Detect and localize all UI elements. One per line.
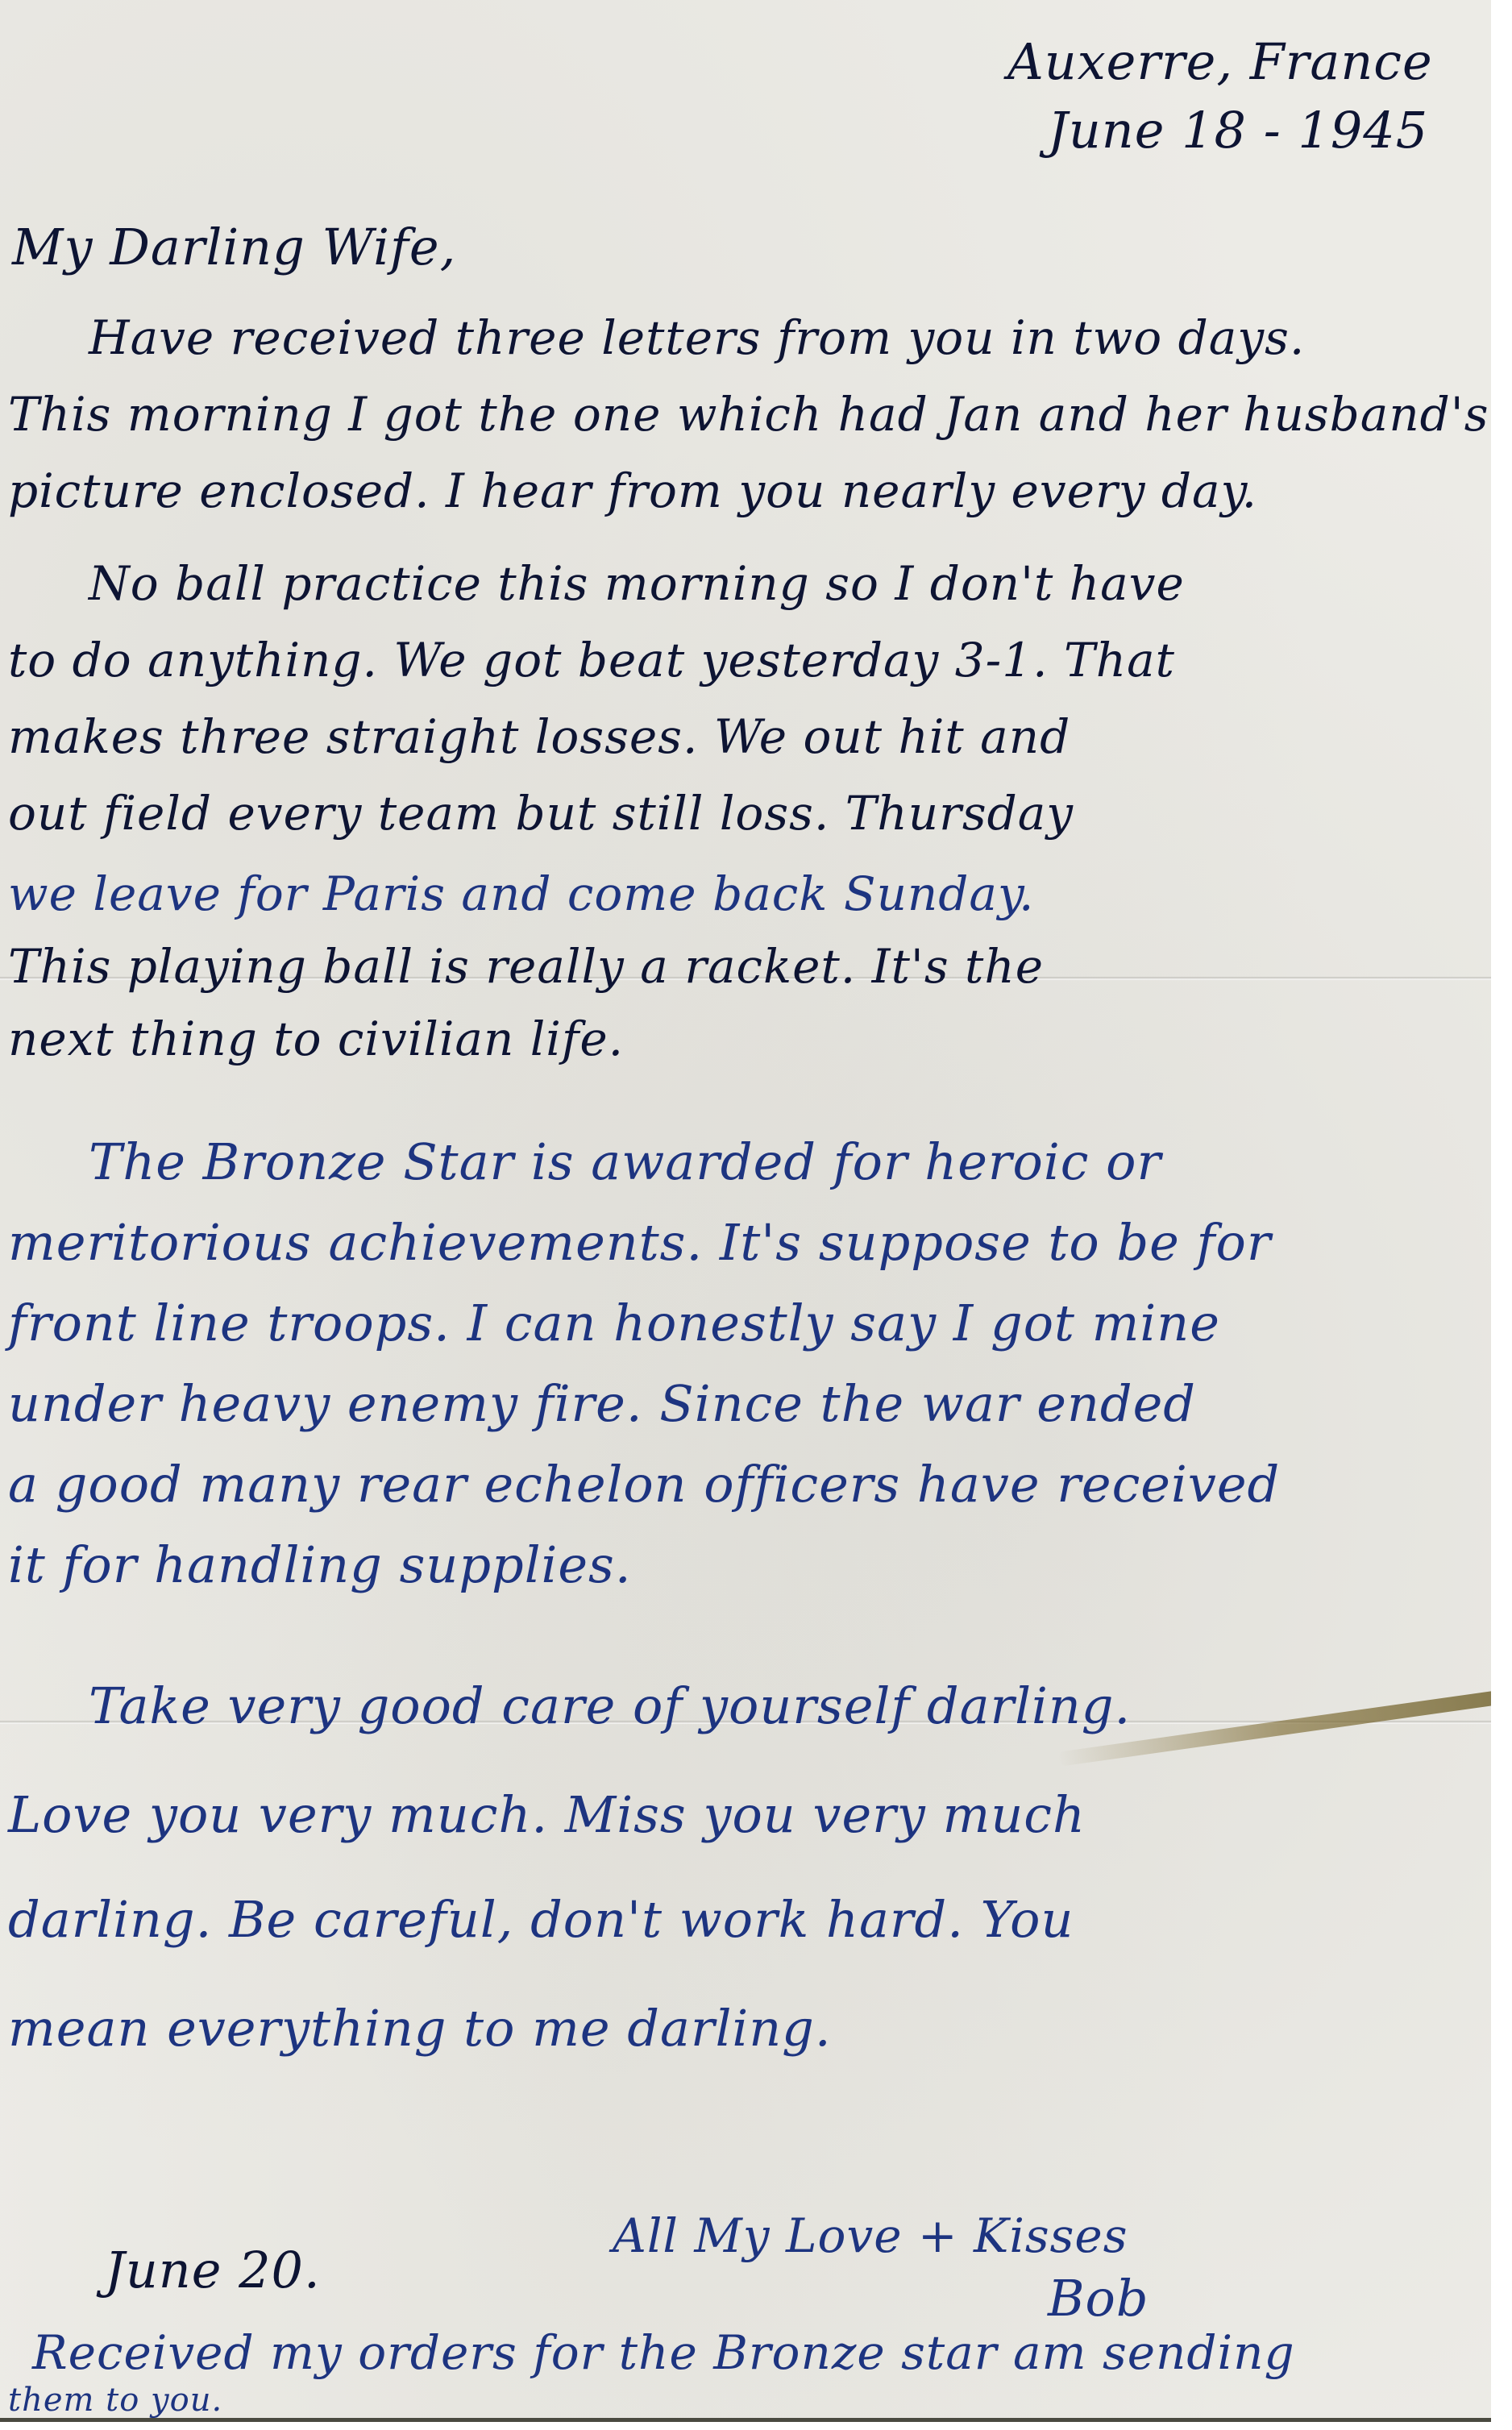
letter-line: Have received three letters from you in … [89,310,1305,365]
letter-line: to do anything. We got beat yesterday 3-… [8,633,1175,687]
letter-closing: All My Love + Kisses [613,2208,1128,2263]
letter-line: next thing to civilian life. [8,1011,624,1066]
letter-line: out field every team but still loss. Thu… [8,786,1074,841]
letter-line: Love you very much. Miss you very much [8,1785,1086,1844]
letter-line: mean everything to me darling. [8,1999,832,2058]
paper-bottom-edge [0,2418,1491,2422]
letter-line: makes three straight losses. We out hit … [8,709,1070,764]
letter-line: picture enclosed. I hear from you nearly… [8,463,1257,518]
letter-line: Take very good care of yourself darling. [89,1676,1131,1735]
letter-signature: Bob [1048,2269,1149,2328]
letter-line: front line troops. I can honestly say I … [8,1294,1220,1352]
letter-line: This morning I got the one which had Jan… [8,387,1489,442]
letter-location: Auxerre, France [1007,32,1433,91]
letter-line: we leave for Paris and come back Sunday. [8,866,1035,921]
letter-line: The Bronze Star is awarded for heroic or [89,1132,1161,1191]
letter-line: No ball practice this morning so I don't… [89,556,1185,611]
letter-line: meritorious achievements. It's suppose t… [8,1213,1271,1272]
postscript-line: them to you. [8,2382,222,2419]
letter-line: darling. Be careful, don't work hard. Yo… [8,1890,1074,1949]
letter-date: June 18 - 1945 [1048,101,1428,160]
letter-page: Auxerre, France June 18 - 1945 My Darlin… [0,0,1491,2422]
postscript-line: Received my orders for the Bronze star a… [32,2325,1295,2380]
letter-line: under heavy enemy fire. Since the war en… [8,1374,1196,1433]
letter-line: This playing ball is really a racket. It… [8,939,1044,994]
postscript-date: June 20. [105,2241,321,2299]
letter-line: a good many rear echelon officers have r… [8,1455,1280,1514]
letter-salutation: My Darling Wife, [12,218,456,276]
letter-line: it for handling supplies. [8,1535,632,1594]
